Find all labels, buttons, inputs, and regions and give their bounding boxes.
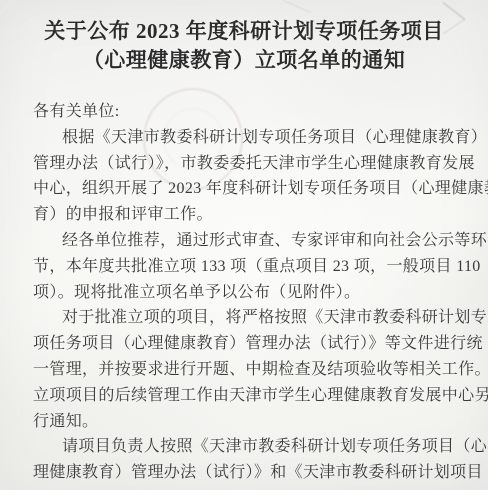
- body-line: 项任务项目（心理健康教育）管理办法（试行）》等文件进行统: [33, 331, 478, 357]
- body-line: 理健康教育）管理办法（试行）》和《天津市教委科研计划项目: [33, 460, 478, 486]
- notice-body: 各有关单位: 根据《天津市教委科研计划专项任务项目（心理健康教育） 管理办法（试…: [33, 99, 478, 486]
- body-line: 中心，组织开展了 2023 年度科研计划专项任务项目（心理健康教: [33, 176, 478, 202]
- body-line: 行通知。: [33, 409, 478, 435]
- body-line: 立项项目的后续管理工作由天津市学生心理健康教育发展中心另: [33, 383, 478, 409]
- scan-scratch-mark: [283, 0, 311, 13]
- body-line: 节，本年度共批准立项 133 项（重点项目 23 项，一般项目 110: [33, 254, 478, 280]
- body-line: 经各单位推荐，通过形式审查、专家评审和向社会公示等环: [33, 228, 478, 254]
- notice-title-line-2: （心理健康教育）立项名单的通知: [0, 46, 488, 75]
- salutation-line: 各有关单位:: [33, 99, 478, 125]
- body-line: 根据《天津市教委科研计划专项任务项目（心理健康教育）: [33, 125, 478, 151]
- body-line: 管理办法（试行）》，市教委委托天津市学生心理健康教育发展: [33, 151, 478, 177]
- notice-title: 关于公布 2023 年度科研计划专项任务项目 （心理健康教育）立项名单的通知: [0, 17, 488, 75]
- body-line: 对于批准立项的项目，将严格按照《天津市教委科研计划专: [33, 305, 478, 331]
- scanned-notice-page: 关于公布 2023 年度科研计划专项任务项目 （心理健康教育）立项名单的通知 各…: [0, 0, 488, 490]
- body-line: 项）。现将批准立项名单予以公布（见附件）。: [33, 280, 478, 306]
- notice-title-line-1: 关于公布 2023 年度科研计划专项任务项目: [0, 17, 488, 46]
- body-line: 请项目负责人按照《天津市教委科研计划专项任务项目（心: [33, 434, 478, 460]
- body-line: 育）的申报和评审工作。: [33, 202, 478, 228]
- body-line: 一管理，并按要求进行开题、中期检查及结项验收等相关工作。: [33, 357, 478, 383]
